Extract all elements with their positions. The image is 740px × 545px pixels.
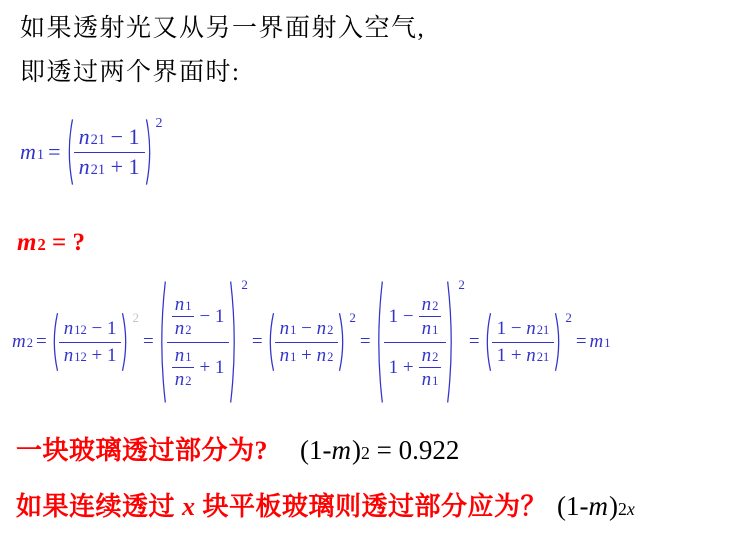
chain-term-1: n12 − 1 n12 + 1 2 [50, 312, 140, 372]
numerator: n21 − 1 [74, 124, 145, 153]
chain-rhs: m1 [590, 331, 611, 353]
chain-term-5: 1 − n21 1 + n21 2 [483, 312, 573, 372]
exponent: 2 [458, 277, 465, 293]
left-paren [374, 279, 384, 405]
inner-fraction: n1 n2 [172, 294, 195, 340]
chain-lhs: m2 [12, 331, 33, 353]
equals-sign: = [48, 139, 60, 165]
inner-fraction: n1 n2 [172, 345, 195, 391]
question-line-2: 如果连续透过 x 块平板玻璃则透过部分应为？ (1-m)2x [16, 486, 636, 523]
numerator: n1 − n2 [275, 317, 339, 342]
left-paren [65, 118, 74, 186]
equals-sign: = [36, 331, 47, 353]
numerator: 1 − n21 [492, 317, 555, 342]
formula-m1-term: n21 − 1 n21 + 1 2 [65, 118, 164, 186]
equals-sign: = [252, 331, 263, 353]
left-paren [50, 312, 59, 372]
exponent: 2 [241, 277, 248, 293]
chain-term-4: 1 − n2 n1 1 + n2 n1 2 [374, 279, 466, 405]
right-paren [121, 312, 130, 372]
question-1-text: 一块玻璃透过部分为? [16, 430, 268, 467]
denominator: 1 + n21 [492, 343, 555, 367]
fraction: 1 − n21 1 + n21 [492, 317, 555, 367]
fraction: 1 − n2 n1 1 + n2 n1 [384, 293, 447, 391]
right-paren [229, 279, 239, 405]
intro-line-1: 如果透射光又从另一界面射入空气, [20, 14, 425, 44]
equals-sign: = [576, 331, 587, 353]
equals-sign: = [143, 331, 154, 353]
left-paren [483, 312, 492, 372]
denominator: n1 + n2 [275, 343, 339, 367]
right-paren [338, 312, 347, 372]
numerator: 1 − n2 n1 [384, 293, 447, 343]
intro-line-2: 即透过两个界面时: [20, 58, 240, 88]
fraction: n1 − n2 n1 + n2 [275, 317, 339, 367]
equals-sign: = [469, 331, 480, 353]
right-paren [554, 312, 563, 372]
question-2-answer: (1-m)2x [557, 491, 636, 522]
question-2-text: 如果连续透过 x 块平板玻璃则透过部分应为？ [16, 486, 547, 523]
exponent: 2 [565, 310, 572, 326]
slide: 如果透射光又从另一界面射入空气, 即透过两个界面时: m1 = n21 − 1 … [0, 0, 740, 545]
right-paren [145, 118, 154, 186]
denominator: 1 + n2 n1 [384, 343, 447, 392]
formula-m2-chain: m2 = n12 − 1 n12 + 1 2 = n1 n2 − 1 [12, 279, 736, 405]
chain-term-3: n1 − n2 n1 + n2 2 [266, 312, 357, 372]
left-paren [266, 312, 275, 372]
formula-m1-lhs: m1 [20, 139, 44, 165]
question-line-1: 一块玻璃透过部分为? (1-m)2 = 0.922 [16, 430, 459, 467]
exponent: 2 [349, 310, 356, 326]
denominator: n1 n2 + 1 [167, 343, 230, 392]
equals-sign: = [360, 331, 371, 353]
question-1-answer: (1-m)2 = 0.922 [300, 435, 459, 466]
numerator: n1 n2 − 1 [167, 293, 230, 343]
inner-fraction: n2 n1 [419, 294, 442, 340]
formula-m1: m1 = n21 − 1 n21 + 1 2 [20, 118, 164, 186]
fraction: n1 n2 − 1 n1 n2 + 1 [167, 293, 230, 391]
denominator: n21 + 1 [74, 153, 145, 181]
faint-exponent: 2 [132, 310, 139, 326]
exponent: 2 [156, 116, 163, 132]
question-m2: m2 = ? [17, 229, 85, 257]
denominator: n12 + 1 [59, 343, 122, 367]
fraction: n12 − 1 n12 + 1 [59, 317, 122, 367]
fraction: n21 − 1 n21 + 1 [74, 124, 145, 180]
inner-fraction: n2 n1 [419, 345, 442, 391]
chain-term-2: n1 n2 − 1 n1 n2 + 1 2 [157, 279, 249, 405]
right-paren [446, 279, 456, 405]
numerator: n12 − 1 [59, 317, 122, 342]
left-paren [157, 279, 167, 405]
